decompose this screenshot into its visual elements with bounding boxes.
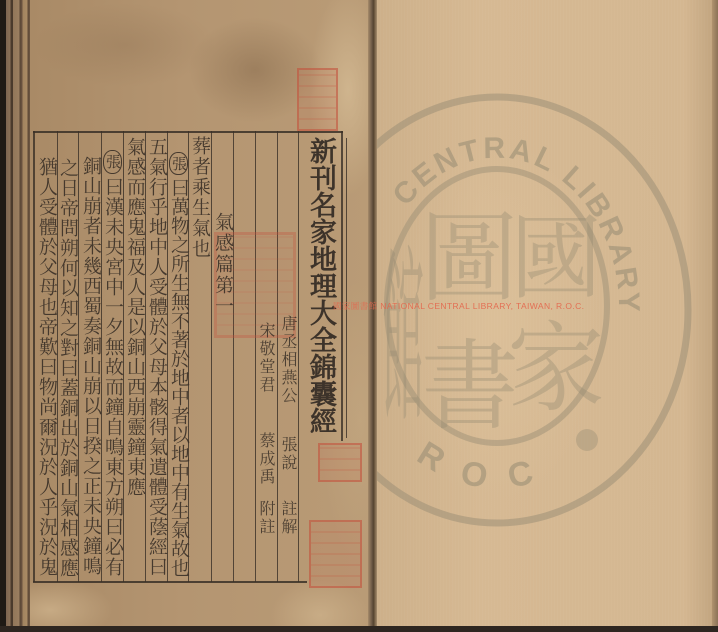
annotator-name: 蔡成禹 — [256, 432, 276, 486]
annotator-office: 宋敬堂君 — [256, 322, 276, 394]
annotation-marker: 張 — [103, 150, 122, 174]
page-edges — [0, 0, 30, 628]
commentary-column: 五氣行乎地中人受體於父母本骸得氣遺體受蔭經曰 — [146, 137, 167, 577]
frame-right-double-rule — [346, 138, 347, 438]
commentary-column: 猶人受體於父母也帝歎曰物尚爾況於人乎況於鬼 — [35, 157, 57, 577]
annotation-marker: 張 — [169, 152, 188, 175]
chapter-heading: 氣感篇第一 — [212, 212, 233, 317]
book-title: 新刊名家地理大全錦囊經 — [300, 137, 340, 434]
annotator-role: 註解 — [278, 500, 298, 536]
column-rule — [298, 131, 299, 582]
commentary-column: 氣感而應鬼福及人是以銅山西崩靈鐘東應 — [124, 137, 145, 497]
commentary-column: 之日帝問朔何以知之對曰蓋銅出於銅山氣相感應 — [58, 158, 78, 578]
column-text: 之日帝問朔何以知之對曰蓋銅出於銅山氣相感應 — [57, 158, 79, 578]
right-page — [377, 0, 718, 628]
commentary-column: 張曰萬物之所生無不著於地中者以地中有生氣故也 — [168, 152, 189, 577]
column-rule — [233, 131, 234, 582]
main-text-column: 葬者乘生氣也 — [189, 136, 210, 259]
red-seal-stamp — [318, 443, 362, 482]
column-text: 曰漢未央宮中一夕無故而鐘自鳴東方朔曰必有 — [102, 177, 124, 577]
column-text: 曰萬物之所生無不著於地中者以地中有生氣故也 — [168, 178, 190, 577]
right-page-edge — [712, 0, 718, 628]
annotator-role: 附註 — [256, 500, 276, 536]
column-text: 銅山崩者未幾西蜀奏銅山崩以日揆之正未央鐘鳴 — [80, 156, 102, 576]
column-rule — [211, 131, 212, 582]
book-scan: 新刊名家地理大全錦囊經 唐丞相燕公 張說 註解 宋敬堂君 蔡成禹 附註 氣感篇第… — [0, 0, 718, 632]
commentary-column: 張曰漢未央宮中一夕無故而鐘自鳴東方朔曰必有 — [102, 150, 123, 577]
red-seal-stamp — [297, 68, 338, 131]
annotator-office: 唐丞相燕公 — [278, 315, 298, 405]
frame-bottom-rule — [33, 581, 307, 583]
red-seal-stamp — [309, 520, 362, 588]
frame-right-rule — [341, 131, 343, 441]
digitization-watermark: 國家圖書館 NATIONAL CENTRAL LIBRARY, TAIWAN, … — [333, 300, 584, 312]
bottom-edge — [0, 626, 718, 632]
commentary-column: 銅山崩者未幾西蜀奏銅山崩以日揆之正未央鐘鳴 — [79, 156, 101, 576]
column-text: 五氣行乎地中人受體於父母本骸得氣遺體受蔭經曰 — [146, 137, 168, 577]
column-text: 猶人受體於父母也帝歎曰物尚爾況於人乎況於鬼 — [36, 157, 58, 577]
column-text: 氣感而應鬼福及人是以銅山西崩靈鐘東應 — [124, 137, 146, 497]
annotator-name: 張說 — [278, 436, 298, 472]
